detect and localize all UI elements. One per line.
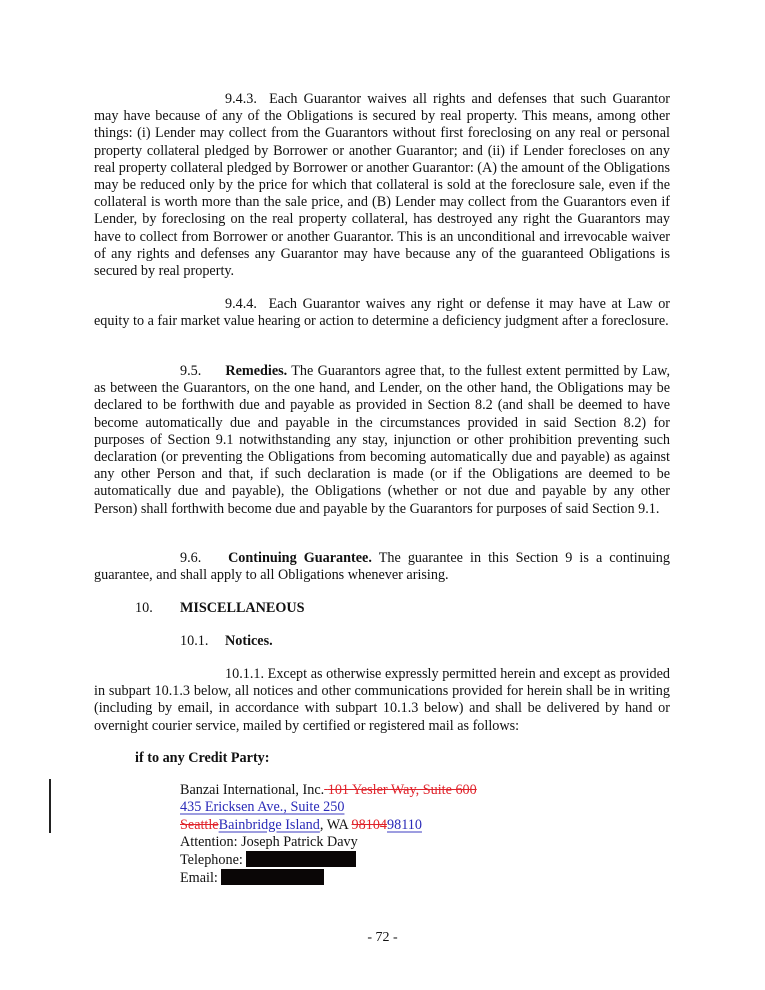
state: , WA [320,817,352,833]
email-label: Email: [180,870,218,886]
address-line-company: Banzai International, Inc. 101 Yesler Wa… [180,782,477,799]
redacted-telephone [246,851,356,867]
deleted-street: 101 Yesler Way, Suite 600 [328,782,477,798]
section-title: Continuing Guarantee. [228,550,372,566]
section-title: Notices. [225,633,273,649]
section-9-4-4: 9.4.4. Each Guarantor waives any right o… [94,296,670,330]
section-text: The Guarantors agree that, to the fulles… [94,363,670,517]
section-number: 9.4.4. [225,296,263,313]
section-9-4-3: 9.4.3. Each Guarantor waives all rights … [94,91,670,280]
redacted-email [221,869,324,885]
deleted-zip: 98104 [352,817,387,833]
change-bar [49,779,51,833]
section-10-1-1: 10.1.1. Except as otherwise expressly pe… [94,666,670,735]
section-title: MISCELLANEOUS [180,600,305,616]
credit-party-address: Banzai International, Inc. 101 Yesler Wa… [180,782,477,888]
section-number: 10.1.1. [225,666,264,682]
document-page: 9.4.3. Each Guarantor waives all rights … [0,0,765,990]
attention: Attention: Joseph Patrick Davy [180,834,358,850]
inserted-city: Bainbridge Island [219,817,320,833]
address-line-city: SeattleBainbridge Island, WA 9810498110 [180,817,477,834]
address-line-telephone: Telephone: [180,851,477,869]
company-name: Banzai International, Inc. [180,782,324,798]
section-9-6: 9.6. Continuing Guarantee. The guarantee… [94,550,670,584]
section-text: Each Guarantor waives all rights and def… [94,91,670,279]
section-9-5: 9.5. Remedies. The Guarantors agree that… [94,363,670,518]
inserted-street: 435 Ericksen Ave., Suite 250 [180,799,344,815]
credit-party-label: if to any Credit Party: [135,750,270,766]
section-number: 9.4.3. [225,91,263,108]
section-text: Except as otherwise expressly permitted … [94,666,670,734]
section-10-1-heading: 10.1.Notices. [180,633,273,650]
page-number: - 72 - [0,930,765,946]
deleted-city: Seattle [180,817,219,833]
inserted-zip: 98110 [387,817,422,833]
address-line-email: Email: [180,869,477,887]
section-number: 10.1. [180,633,225,650]
address-line-attention: Attention: Joseph Patrick Davy [180,834,477,851]
section-10-heading: 10.MISCELLANEOUS [135,600,305,617]
section-number: 10. [135,600,180,617]
credit-party-heading: if to any Credit Party: [135,750,270,767]
section-number: 9.6. [180,550,221,567]
address-line-street: 435 Ericksen Ave., Suite 250 [180,799,477,816]
section-title: Remedies. [225,363,287,379]
section-text: Each Guarantor waives any right or defen… [94,296,670,329]
telephone-label: Telephone: [180,852,243,868]
section-number: 9.5. [180,363,221,380]
